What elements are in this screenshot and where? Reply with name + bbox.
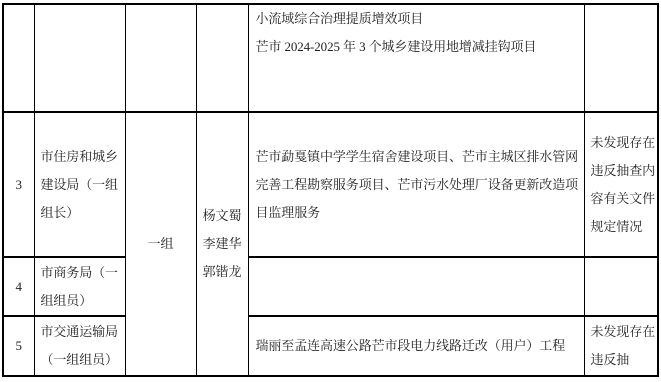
table-row: 4 市商务局（一组组员）: [3, 257, 658, 316]
result-cell: 未发现存在违反抽查内容有关文件规定情况: [584, 112, 658, 257]
project-cell: 瑞丽至孟连高速公路芒市段电力线路迁改（用户）工程: [248, 316, 584, 376]
department-cell: 市住房和城乡建设局（一组组长）: [34, 112, 125, 257]
row-number-cell: 3: [3, 112, 34, 257]
project-line: 芒市 2024-2025 年 3 个城乡建设用地增减挂钩项目: [256, 33, 580, 61]
project-cell-empty: [248, 257, 584, 316]
document-table: 小流域综合治理提质增效项目 芒市 2024-2025 年 3 个城乡建设用地增减…: [2, 3, 659, 377]
inspector-name: 杨文蜀: [197, 202, 248, 230]
inspector-name: 李建华: [197, 230, 248, 258]
project-cell: 小流域综合治理提质增效项目 芒市 2024-2025 年 3 个城乡建设用地增减…: [248, 4, 584, 112]
department-cell: 市商务局（一组组员）: [34, 257, 125, 316]
row-number-cell: 4: [3, 257, 34, 316]
department-cell-empty: [34, 4, 125, 112]
group-cell: 一组: [125, 112, 196, 376]
table-row: 3 市住房和城乡建设局（一组组长） 一组 杨文蜀 李建华 郭锴龙 芒市勐戛镇中学…: [3, 112, 658, 257]
inspectors-cell: 杨文蜀 李建华 郭锴龙: [196, 112, 248, 376]
row-number-cell: 5: [3, 316, 34, 376]
project-cell: 芒市勐戛镇中学学生宿舍建设项目、芒市主城区排水管网完善工程勘察服务项目、芒市污水…: [248, 112, 584, 257]
result-cell-empty: [584, 4, 658, 112]
table-row: 5 市交通运输局（一组组员） 瑞丽至孟连高速公路芒市段电力线路迁改（用户）工程 …: [3, 316, 658, 376]
result-cell: 未发现存在违反抽: [584, 316, 658, 376]
project-line: 小流域综合治理提质增效项目: [256, 5, 580, 33]
inspectors-cell-empty: [196, 4, 248, 112]
row-number-cell-empty: [3, 4, 34, 112]
department-cell: 市交通运输局（一组组员）: [34, 316, 125, 376]
group-cell-empty: [125, 4, 196, 112]
table-row: 小流域综合治理提质增效项目 芒市 2024-2025 年 3 个城乡建设用地增减…: [3, 4, 658, 112]
result-cell-empty: [584, 257, 658, 316]
inspector-name: 郭锴龙: [197, 258, 248, 286]
